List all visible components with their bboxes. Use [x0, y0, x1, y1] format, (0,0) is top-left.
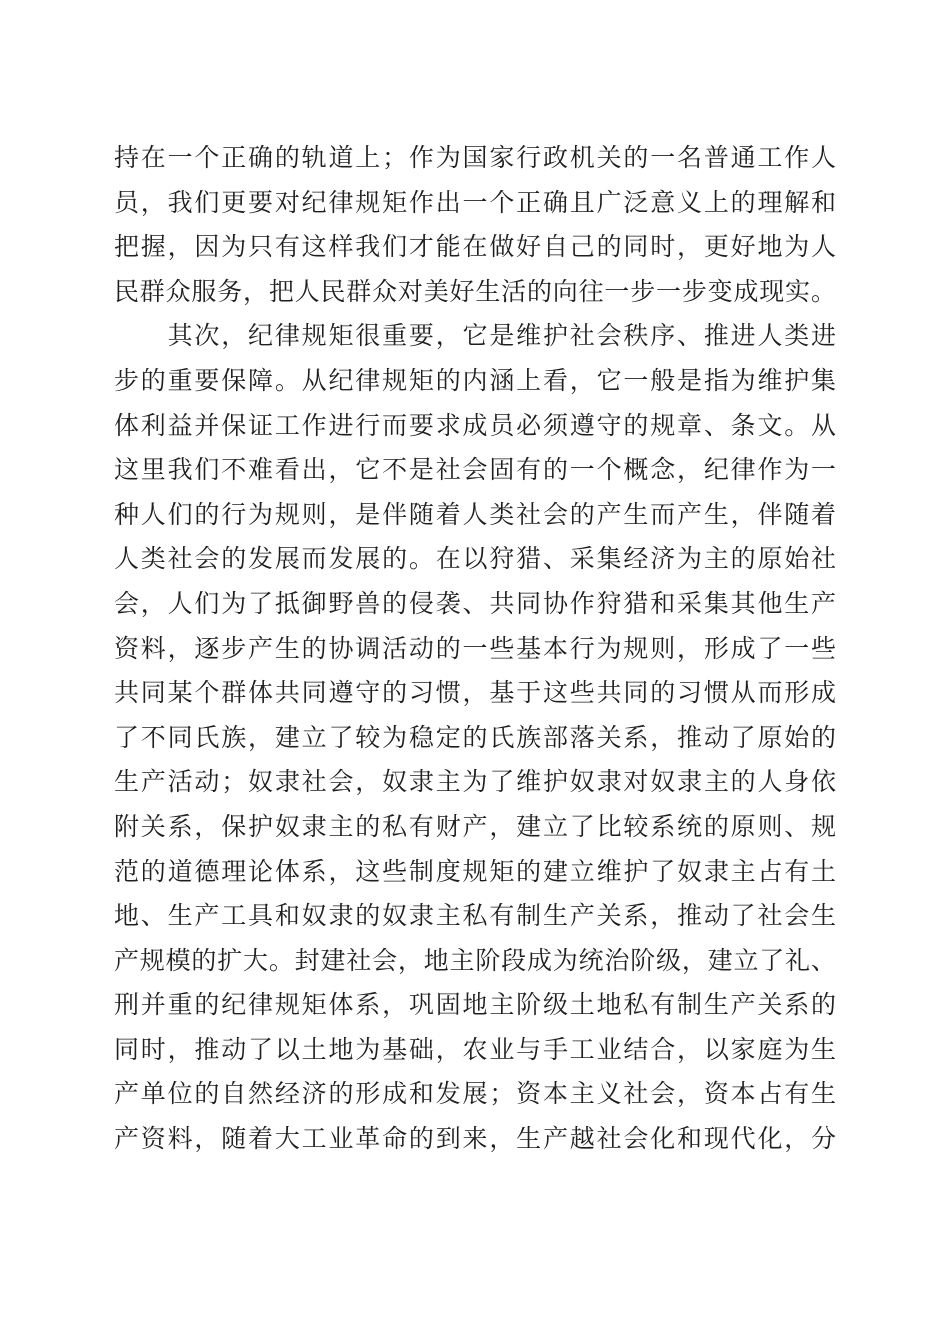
- text-line: 共同某个群体共同遵守的习惯，基于这些共同的习惯从而形成: [114, 672, 836, 717]
- text-line: 生产活动；奴隶社会，奴隶主为了维护奴隶对奴隶主的人身依: [114, 761, 836, 806]
- text-line: 这里我们不难看出，它不是社会固有的一个概念，纪律作为一: [114, 449, 836, 494]
- text-line: 员，我们更要对纪律规矩作出一个正确且广泛意义上的理解和: [114, 182, 836, 227]
- text-line: 产规模的扩大。封建社会，地主阶段成为统治阶级，建立了礼、: [114, 940, 836, 985]
- text-line: 产资料，随着大工业革命的到来，生产越社会化和现代化，分: [114, 1118, 836, 1163]
- text-line: 产单位的自然经济的形成和发展；资本主义社会，资本占有生: [114, 1073, 836, 1118]
- text-line: 民群众服务，把人民群众对美好生活的向往一步一步变成现实。: [114, 271, 836, 316]
- text-line: 会，人们为了抵御野兽的侵袭、共同协作狩猎和采集其他生产: [114, 583, 836, 628]
- text-line: 范的道德理论体系，这些制度规矩的建立维护了奴隶主占有土: [114, 851, 836, 896]
- text-line: 地、生产工具和奴隶的奴隶主私有制生产关系，推动了社会生: [114, 895, 836, 940]
- text-line: 其次，纪律规矩很重要，它是维护社会秩序、推进人类进: [114, 315, 836, 360]
- text-line: 同时，推动了以土地为基础，农业与手工业结合，以家庭为生: [114, 1029, 836, 1074]
- text-line: 种人们的行为规则，是伴随着人类社会的产生而产生，伴随着: [114, 494, 836, 539]
- text-line: 了不同氏族，建立了较为稳定的氏族部落关系，推动了原始的: [114, 717, 836, 762]
- text-line: 把握，因为只有这样我们才能在做好自己的同时，更好地为人: [114, 226, 836, 271]
- text-line: 资料，逐步产生的协调活动的一些基本行为规则，形成了一些: [114, 628, 836, 673]
- text-line: 步的重要保障。从纪律规矩的内涵上看，它一般是指为维护集: [114, 360, 836, 405]
- document-page: 持在一个正确的轨道上；作为国家行政机关的一名普通工作人员，我们更要对纪律规矩作出…: [0, 0, 950, 1344]
- text-line: 持在一个正确的轨道上；作为国家行政机关的一名普通工作人: [114, 137, 836, 182]
- document-text-block: 持在一个正确的轨道上；作为国家行政机关的一名普通工作人员，我们更要对纪律规矩作出…: [114, 137, 836, 1163]
- text-line: 体利益并保证工作进行而要求成员必须遵守的规章、条文。从: [114, 405, 836, 450]
- text-line: 附关系，保护奴隶主的私有财产，建立了比较系统的原则、规: [114, 806, 836, 851]
- text-line: 人类社会的发展而发展的。在以狩猎、采集经济为主的原始社: [114, 538, 836, 583]
- text-line: 刑并重的纪律规矩体系，巩固地主阶级土地私有制生产关系的: [114, 984, 836, 1029]
